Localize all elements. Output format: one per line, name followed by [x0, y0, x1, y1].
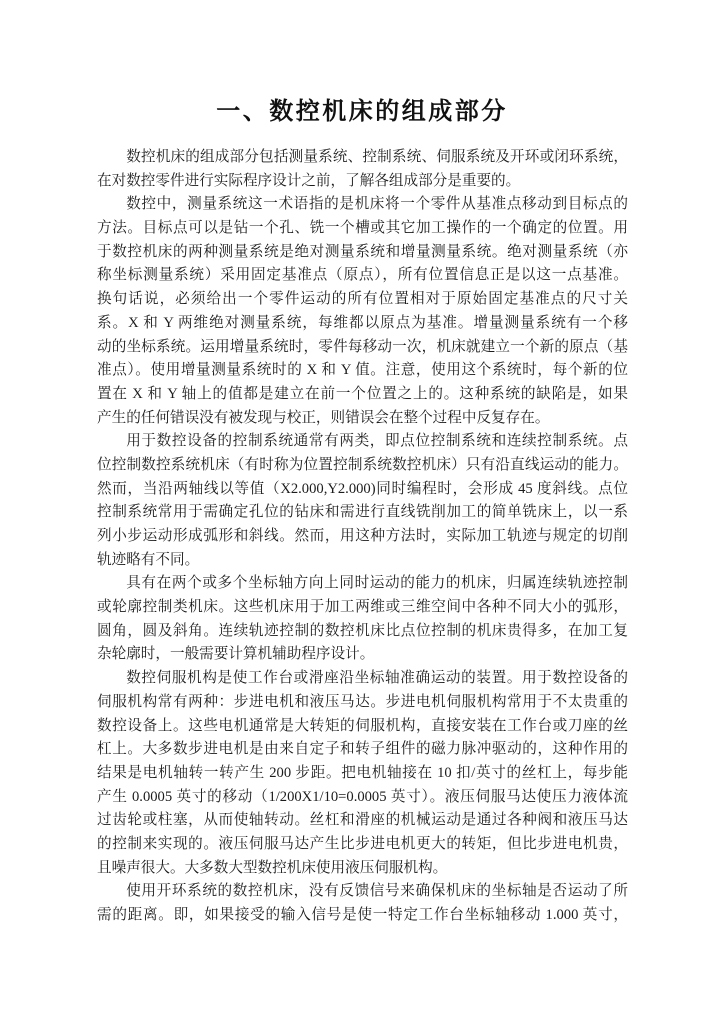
text-line: 置在 X 和 Y 轴上的值都是建立在前一个位置之上的。这种系统的缺陷是，如果: [97, 383, 628, 407]
text-line: 用于数控设备的控制系统通常有两类，即点位控制系统和连续控制系统。点: [97, 430, 628, 454]
text-line: 使用开环系统的数控机床，没有反馈信号来确保机床的坐标轴是否运动了所: [97, 880, 628, 904]
document-page: 一、数控机床的组成部分 数控机床的组成部分包括测量系统、控制系统、伺服系统及开环…: [0, 0, 724, 1024]
text-line: 的控制来实现的。液压伺服马达产生比步进电机更大的转矩，但比步进电机贵，: [97, 833, 628, 857]
text-line: 控制系统常用于需确定孔位的钻床和需进行直线铣削加工的简单铣床上，以一系: [97, 501, 628, 525]
text-line: 且噪声很大。大多数大型数控机床使用液压伺服机构。: [97, 857, 628, 881]
text-line: 然而，当沿两轴线以等值（X2.000,Y2.000)同时编程时，会形成 45 度…: [97, 478, 628, 502]
page-title: 一、数控机床的组成部分: [0, 99, 724, 125]
text-line: 产生 0.0005 英寸的移动（1/200X1/10=0.0005 英寸）。液压…: [97, 786, 628, 810]
paragraph: 数控机床的组成部分包括测量系统、控制系统、伺服系统及开环或闭环系统，在对数控零件…: [97, 146, 628, 193]
text-line: 在对数控零件进行实际程序设计之前，了解各组成部分是重要的。: [97, 170, 628, 194]
text-line: 准点）。使用增量测量系统时的 X 和 Y 值。注意，使用这个系统时，每个新的位: [97, 359, 628, 383]
text-line: 数控伺服机构是使工作台或滑座沿坐标轴准确运动的装置。用于数控设备的: [97, 667, 628, 691]
text-line: 换句话说，必须给出一个零件运动的所有位置相对于原始固定基准点的尺寸关: [97, 288, 628, 312]
text-line: 结果是电机轴转一转产生 200 步距。把电机轴接在 10 扣/英寸的丝杠上，每步…: [97, 762, 628, 786]
paragraph: 数控伺服机构是使工作台或滑座沿坐标轴准确运动的装置。用于数控设备的伺服机构常有两…: [97, 667, 628, 880]
paragraph: 数控中，测量系统这一术语指的是机床将一个零件从基准点移动到目标点的方法。目标点可…: [97, 193, 628, 430]
text-line: 轨迹略有不同。: [97, 549, 628, 573]
text-line: 位控制数控系统机床（有时称为位置控制系统数控机床）只有沿直线运动的能力。: [97, 454, 628, 478]
text-line: 于数控机床的两种测量系统是绝对测量系统和增量测量系统。绝对测量系统（亦: [97, 241, 628, 265]
text-line: 过齿轮或柱塞，从而使轴转动。丝杠和滑座的机械运动是通过各种阀和液压马达: [97, 809, 628, 833]
text-line: 产生的任何错误没有被发现与校正，则错误会在整个过程中反复存在。: [97, 407, 628, 431]
text-line: 系。X 和 Y 两维绝对测量系统，每维都以原点为基准。增量测量系统有一个移: [97, 312, 628, 336]
text-line: 杂轮廓时，一般需要计算机辅助程序设计。: [97, 643, 628, 667]
paragraph: 用于数控设备的控制系统通常有两类，即点位控制系统和连续控制系统。点位控制数控系统…: [97, 430, 628, 572]
text-line: 方法。目标点可以是钻一个孔、铣一个槽或其它加工操作的一个确定的位置。用: [97, 217, 628, 241]
document-body: 数控机床的组成部分包括测量系统、控制系统、伺服系统及开环或闭环系统，在对数控零件…: [97, 146, 628, 928]
text-line: 杠上。大多数步进电机是由来自定子和转子组件的磁力脉冲驱动的，这种作用的: [97, 738, 628, 762]
text-line: 称坐标测量系统）采用固定基准点（原点），所有位置信息正是以这一点基准。: [97, 264, 628, 288]
text-line: 数控设备上。这些电机通常是大转矩的伺服机构，直接安装在工作台或刀座的丝: [97, 715, 628, 739]
text-line: 具有在两个或多个坐标轴方向上同时运动的能力的机床，归属连续轨迹控制: [97, 572, 628, 596]
text-line: 伺服机构常有两种：步进电机和液压马达。步进电机伺服机构常用于不太贵重的: [97, 691, 628, 715]
paragraph: 使用开环系统的数控机床，没有反馈信号来确保机床的坐标轴是否运动了所需的距离。即，…: [97, 880, 628, 927]
text-line: 圆角，圆及斜角。连续轨迹控制的数控机床比点位控制的机床贵得多，在加工复: [97, 620, 628, 644]
paragraph: 具有在两个或多个坐标轴方向上同时运动的能力的机床，归属连续轨迹控制或轮廓控制类机…: [97, 572, 628, 667]
text-line: 或轮廓控制类机床。这些机床用于加工两维或三维空间中各种不同大小的弧形，: [97, 596, 628, 620]
text-line: 数控中，测量系统这一术语指的是机床将一个零件从基准点移动到目标点的: [97, 193, 628, 217]
text-line: 动的坐标系统。运用增量系统时，零件每移动一次，机床就建立一个新的原点（基: [97, 336, 628, 360]
text-line: 数控机床的组成部分包括测量系统、控制系统、伺服系统及开环或闭环系统，: [97, 146, 628, 170]
text-line: 需的距离。即，如果接受的输入信号是使一特定工作台坐标轴移动 1.000 英寸，: [97, 904, 628, 928]
text-line: 列小步运动形成弧形和斜线。然而，用这种方法时，实际加工轨迹与规定的切削: [97, 525, 628, 549]
